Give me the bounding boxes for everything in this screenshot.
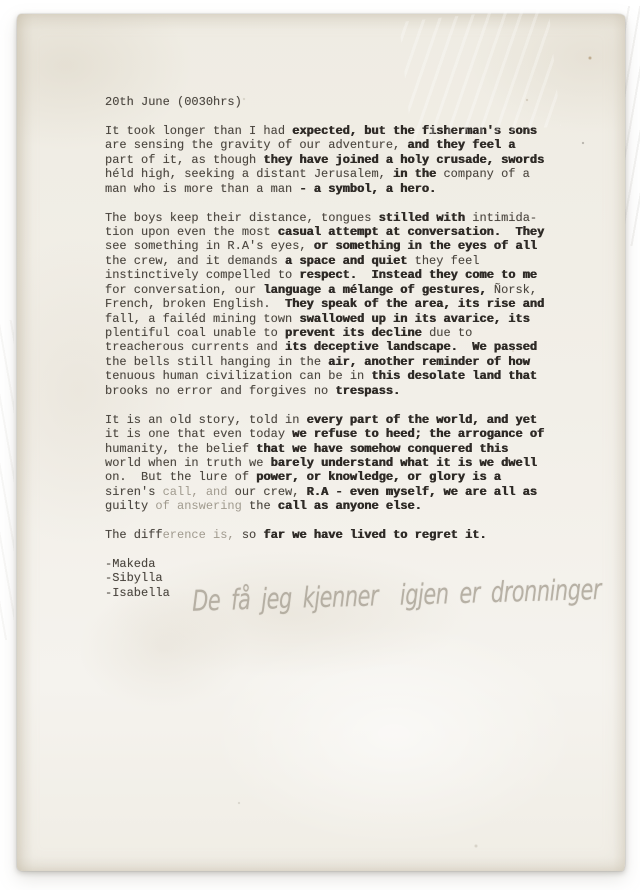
paragraph: The boys keep their distance, tongues st… bbox=[105, 211, 575, 399]
typed-line: the crew, and it demands a space and qui… bbox=[105, 254, 575, 268]
typed-line: the bells still hanging in the air, anot… bbox=[105, 355, 575, 369]
scan-streak bbox=[624, 6, 640, 246]
typed-line: héld high, seeking a distant Jerusalem, … bbox=[105, 167, 575, 181]
typed-line: The boys keep their distance, tongues st… bbox=[105, 211, 575, 225]
typed-line: see something in R.A's eyes, or somethin… bbox=[105, 239, 575, 253]
typed-line: humanity, the belief that we have someho… bbox=[105, 442, 575, 456]
typed-line: French, broken English. They speak of th… bbox=[105, 297, 575, 311]
typed-line: guilty of answering the call as anyone e… bbox=[105, 499, 575, 513]
typed-line: world when in truth we barely understand… bbox=[105, 456, 575, 470]
typed-line: tion upon even the most casual attempt a… bbox=[105, 225, 575, 239]
page-background: 20th June (0030hrs) It took longer than … bbox=[0, 0, 640, 890]
paragraph: The difference is, so far we have lived … bbox=[105, 528, 575, 542]
typed-line: tenuous human civilization can be in thi… bbox=[105, 369, 575, 383]
typed-line: for conversation, our language a mélange… bbox=[105, 283, 575, 297]
date-line: 20th June (0030hrs) bbox=[105, 95, 575, 109]
typed-line: The difference is, so far we have lived … bbox=[105, 528, 575, 542]
typed-line: plentiful coal unable to prevent its dec… bbox=[105, 326, 575, 340]
letter-body: It took longer than I had expected, but … bbox=[105, 124, 575, 543]
paragraph: It is an old story, told in every part o… bbox=[105, 413, 575, 514]
typed-line: instinctively compelled to respect. Inst… bbox=[105, 268, 575, 282]
typed-line: man who is more than a man - a symbol, a… bbox=[105, 182, 575, 196]
typed-line: treacherous currents and its deceptive l… bbox=[105, 340, 575, 354]
letter-paper: 20th June (0030hrs) It took longer than … bbox=[17, 14, 625, 871]
scan-streak bbox=[0, 320, 14, 640]
typed-line: It is an old story, told in every part o… bbox=[105, 413, 575, 427]
typed-letter: 20th June (0030hrs) It took longer than … bbox=[105, 95, 575, 600]
typed-line: are sensing the gravity of our adventure… bbox=[105, 138, 575, 152]
typed-line: siren's call, and our crew, R.A - even m… bbox=[105, 485, 575, 499]
typed-line: It took longer than I had expected, but … bbox=[105, 124, 575, 138]
typed-line: brooks no error and forgives no trespass… bbox=[105, 384, 575, 398]
signature: -Makeda bbox=[105, 557, 575, 571]
typed-line: on. But the lure of power, or knowledge,… bbox=[105, 470, 575, 484]
typed-line: fall, a failéd mining town swallowed up … bbox=[105, 312, 575, 326]
typed-line: part of it, as though they have joined a… bbox=[105, 153, 575, 167]
paragraph: It took longer than I had expected, but … bbox=[105, 124, 575, 196]
typed-line: it is one that even today we refuse to h… bbox=[105, 427, 575, 441]
